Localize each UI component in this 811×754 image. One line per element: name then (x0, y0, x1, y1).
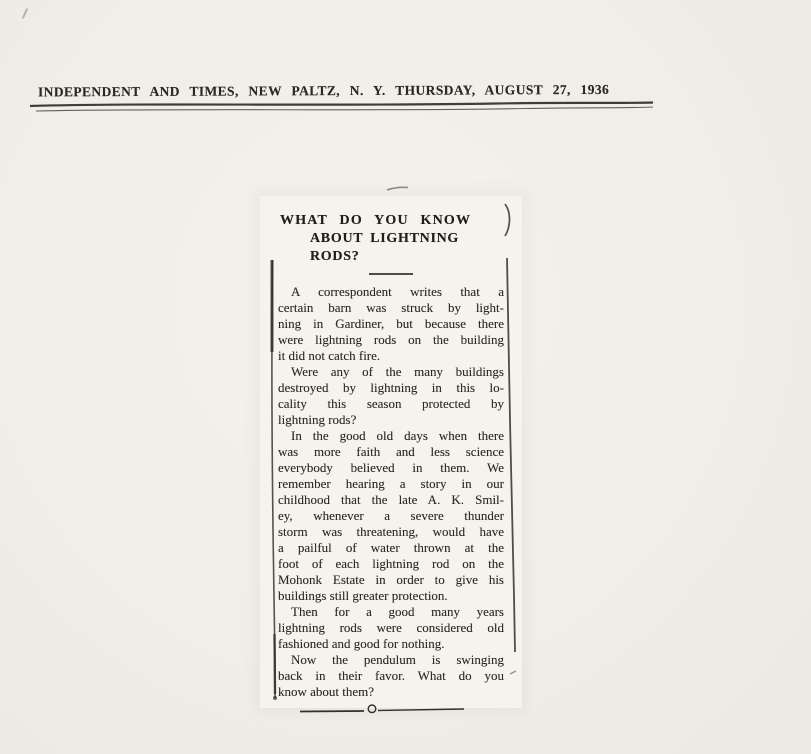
article-line: A correspondent writes that a (278, 284, 504, 300)
article-line: fashioned and good for nothing. (278, 636, 504, 652)
article-line: lightning rods? (278, 412, 504, 428)
article-line: cality this season protected by (278, 396, 504, 412)
article-line: was more faith and less science (278, 444, 504, 460)
article-line: it did not catch fire. (278, 348, 504, 364)
masthead-rule (26, 99, 656, 115)
headline-line-1: WHAT DO YOU KNOW (280, 212, 504, 230)
pencil-dash-mark (386, 183, 410, 193)
article-line: Then for a good many years (278, 604, 504, 620)
article-line: Were any of the many buildings (278, 364, 504, 380)
article-line: destroyed by lightning in this lo- (278, 380, 504, 396)
paragraph: Then for a good many yearslightning rods… (278, 604, 504, 652)
article-line: remember hearing a story in our (278, 476, 504, 492)
article-line: buildings still greater protection. (278, 588, 504, 604)
article-line: childhood that the late A. K. Smil- (278, 492, 504, 508)
masthead: INDEPENDENT AND TIMES, NEW PALTZ, N. Y. … (38, 82, 678, 101)
paragraph: Now the pendulum is swingingback in thei… (278, 652, 504, 700)
tailpiece-divider (298, 703, 468, 717)
newspaper-clipping: WHAT DO YOU KNOW ABOUT LIGHTNING RODS? A… (260, 196, 522, 708)
article-body: A correspondent writes that acertain bar… (278, 284, 504, 700)
article-line: In the good old days when there (278, 428, 504, 444)
article-line: lightning rods were considered old (278, 620, 504, 636)
article-line: back in their favor. What do you (278, 668, 504, 684)
article-line: Now the pendulum is swinging (278, 652, 504, 668)
article-line: Mohonk Estate in order to give his (278, 572, 504, 588)
article-line: ning in Gardiner, but because there (278, 316, 504, 332)
paragraph: A correspondent writes that acertain bar… (278, 284, 504, 364)
headline-line-2: ABOUT LIGHTNING RODS? (310, 230, 504, 266)
article-line: certain barn was struck by light- (278, 300, 504, 316)
scanned-page: INDEPENDENT AND TIMES, NEW PALTZ, N. Y. … (0, 0, 811, 754)
article-line: were lightning rods on the building (278, 332, 504, 348)
article-line: know about them? (278, 684, 504, 700)
article-line: everybody believed in them. We (278, 460, 504, 476)
article-line: a pailful of water thrown at the (278, 540, 504, 556)
article-line: ey, whenever a severe thunder (278, 508, 504, 524)
article-line: storm was threatening, would have (278, 524, 504, 540)
article-line: foot of each lightning rod on the (278, 556, 504, 572)
paragraph: Were any of the many buildingsdestroyed … (278, 364, 504, 428)
scan-speck (22, 8, 28, 19)
headline-divider (369, 273, 413, 275)
paragraph: In the good old days when therewas more … (278, 428, 504, 604)
article-headline: WHAT DO YOU KNOW ABOUT LIGHTNING RODS? (278, 212, 504, 266)
